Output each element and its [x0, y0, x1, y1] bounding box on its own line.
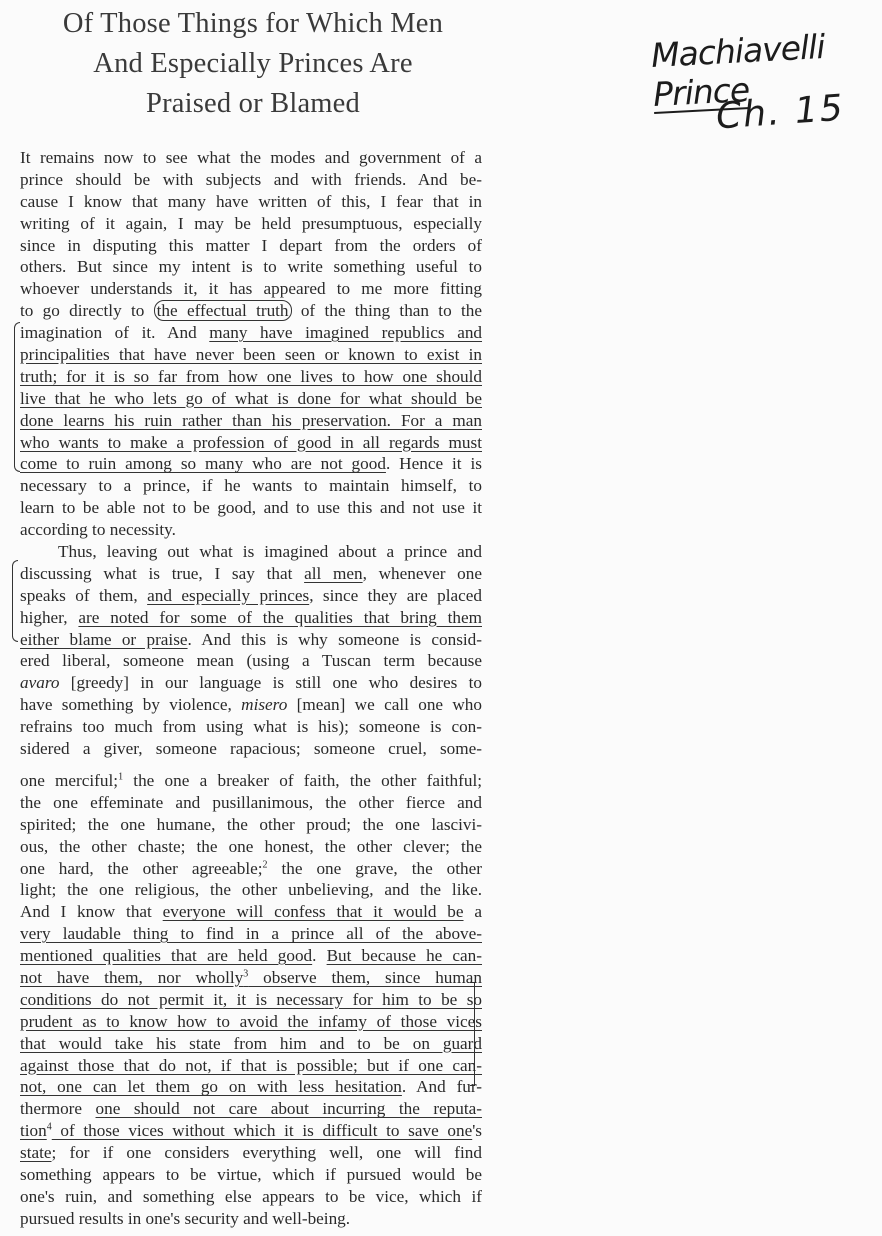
text-line: learn to be able not to be good, and to …	[20, 497, 482, 519]
text-segment: have something by violence,	[20, 695, 241, 714]
text-segment: the one grave, the other	[268, 859, 483, 878]
underlined-phrase: state	[20, 1143, 52, 1162]
text-segment: . And this is why someone is consid-	[188, 630, 482, 649]
text-segment: the one a breaker of faith, the other fa…	[123, 771, 482, 790]
text-segment: , whenever one	[363, 564, 482, 583]
circled-phrase: the effectual truth	[154, 300, 292, 321]
text-line: one's ruin, and something else appears t…	[20, 1186, 482, 1208]
underlined-line: prudent as to know how to avoid the infa…	[20, 1011, 482, 1033]
text-line: writing of it again, I may be held presu…	[20, 213, 482, 235]
text-line: It remains now to see what the modes and…	[20, 147, 482, 169]
handwritten-author: Machiavelli	[650, 27, 825, 75]
text-line: ered liberal, someone mean (using a Tusc…	[20, 650, 482, 672]
underlined-phrase: many have imagined republics and	[209, 323, 482, 342]
text-line: And I know that everyone will confess th…	[20, 901, 482, 923]
text-segment: higher,	[20, 608, 78, 627]
text-line: others. But since my intent is to write …	[20, 256, 482, 278]
text-segment: 's	[472, 1121, 482, 1140]
page-gap	[20, 760, 482, 770]
text-line: thermore one should not care about incur…	[20, 1098, 482, 1120]
text-segment: [greedy] in our language is still one wh…	[59, 673, 482, 692]
text-line: since in disputing this matter I depart …	[20, 235, 482, 257]
title-line-1: Of Those Things for Which Men	[0, 4, 506, 44]
text-segment: . Hence it is	[386, 454, 482, 473]
italic-term: misero	[241, 695, 287, 714]
text-segment: one hard, the other agreeable;	[20, 859, 263, 878]
text-segment: . And fur-	[402, 1077, 482, 1096]
text-line: spirited; the one humane, the other prou…	[20, 814, 482, 836]
underlined-phrase: one should not care about incurring the …	[96, 1099, 482, 1118]
text-line: come to ruin among so many who are not g…	[20, 453, 482, 475]
text-line: sidered a giver, someone rapacious; some…	[20, 738, 482, 760]
text-line: higher, are noted for some of the qualit…	[20, 607, 482, 629]
underlined-line: live that he who lets go of what is done…	[20, 388, 482, 410]
text-line: one hard, the other agreeable;2 the one …	[20, 858, 482, 880]
text-line: mentioned qualities that are held good. …	[20, 945, 482, 967]
text-line: light; the one religious, the other unbe…	[20, 879, 482, 901]
underlined-phrase: not, one can let them go on with less he…	[20, 1077, 402, 1096]
underlined-phrase: But because he can-	[327, 946, 482, 965]
text-line: have something by violence, misero [mean…	[20, 694, 482, 716]
text-segment: And I know that	[20, 902, 163, 921]
text-segment: observe them, since human	[248, 968, 482, 987]
text-segment: discussing what is true, I say that	[20, 564, 304, 583]
underlined-phrase: all men	[304, 564, 363, 583]
underlined-line: conditions do not permit it, it is neces…	[20, 989, 482, 1011]
text-line: whoever understands it, it has appeared …	[20, 278, 482, 300]
text-segment: ; for if one considers everything well, …	[52, 1143, 483, 1162]
text-segment: , since they are placed	[309, 586, 482, 605]
text-line: discussing what is true, I say that all …	[20, 563, 482, 585]
text-line: prince should be with subjects and with …	[20, 169, 482, 191]
underlined-line: not have them, nor wholly3 observe them,…	[20, 967, 482, 989]
text-line: Thus, leaving out what is imagined about…	[20, 541, 482, 563]
underlined-phrase: of those vices without which it is diffi…	[52, 1121, 472, 1140]
text-line: cause I know that many have written of t…	[20, 191, 482, 213]
text-segment: of the thing than to the	[292, 301, 482, 320]
underlined-line: principalities that have never been seen…	[20, 344, 482, 366]
underlined-line: truth; for it is so far from how one liv…	[20, 366, 482, 388]
text-line: tion4 of those vices without which it is…	[20, 1120, 482, 1142]
text-segment: a	[464, 902, 482, 921]
text-segment: to go directly to	[20, 301, 154, 320]
underlined-line: done learns his ruin rather than his pre…	[20, 410, 482, 432]
text-segment: imagination of it. And	[20, 323, 209, 342]
chapter-title: Of Those Things for Which Men And Especi…	[0, 4, 506, 124]
text-line: something appears to be virtue, which if…	[20, 1164, 482, 1186]
text-line: state; for if one considers everything w…	[20, 1142, 482, 1164]
text-segment: .	[312, 946, 326, 965]
text-segment: speaks of them,	[20, 586, 147, 605]
text-line: according to necessity.	[20, 519, 482, 541]
underlined-phrase: are noted for some of the qualities that…	[78, 608, 482, 627]
text-segment: thermore	[20, 1099, 96, 1118]
text-segment: not have them, nor wholly	[20, 968, 243, 987]
underlined-phrase: tion	[20, 1121, 47, 1140]
text-segment: one merciful;	[20, 771, 118, 790]
italic-term: avaro	[20, 673, 59, 692]
text-line: one merciful;1 the one a breaker of fait…	[20, 770, 482, 792]
underlined-phrase: and especially princes	[147, 586, 309, 605]
text-line: to go directly to the effectual truth of…	[20, 300, 482, 322]
text-line: avaro [greedy] in our language is still …	[20, 672, 482, 694]
title-line-2: And Especially Princes Are	[0, 44, 506, 84]
text-segment: [mean] we call one who	[287, 695, 482, 714]
margin-bracket-2	[12, 560, 18, 642]
handwritten-note-chapter: Ch. 15	[715, 88, 846, 138]
text-line: not, one can let them go on with less he…	[20, 1076, 482, 1098]
text-line: ous, the other chaste; the one honest, t…	[20, 836, 482, 858]
underlined-phrase: everyone will confess that it would be	[163, 902, 464, 921]
text-line: refrains too much from using what is his…	[20, 716, 482, 738]
text-line: either blame or praise. And this is why …	[20, 629, 482, 651]
underlined-line: that would take his state from him and t…	[20, 1033, 482, 1055]
underlined-phrase: either blame or praise	[20, 630, 188, 649]
text-line: the one effeminate and pusillanimous, th…	[20, 792, 482, 814]
chapter-body: It remains now to see what the modes and…	[20, 147, 482, 1230]
text-line: imagination of it. And many have imagine…	[20, 322, 482, 344]
text-line: speaks of them, and especially princes, …	[20, 585, 482, 607]
underlined-line: who wants to make a profession of good i…	[20, 432, 482, 454]
title-line-3: Praised or Blamed	[0, 84, 506, 124]
underlined-phrase: mentioned qualities that are held good	[20, 946, 312, 965]
underlined-phrase: come to ruin among so many who are not g…	[20, 454, 386, 473]
text-line: pursued results in one's security and we…	[20, 1208, 482, 1230]
underlined-line: very laudable thing to find in a prince …	[20, 923, 482, 945]
text-line: necessary to a prince, if he wants to ma…	[20, 475, 482, 497]
underlined-line: against those that do not, if that is po…	[20, 1055, 482, 1077]
